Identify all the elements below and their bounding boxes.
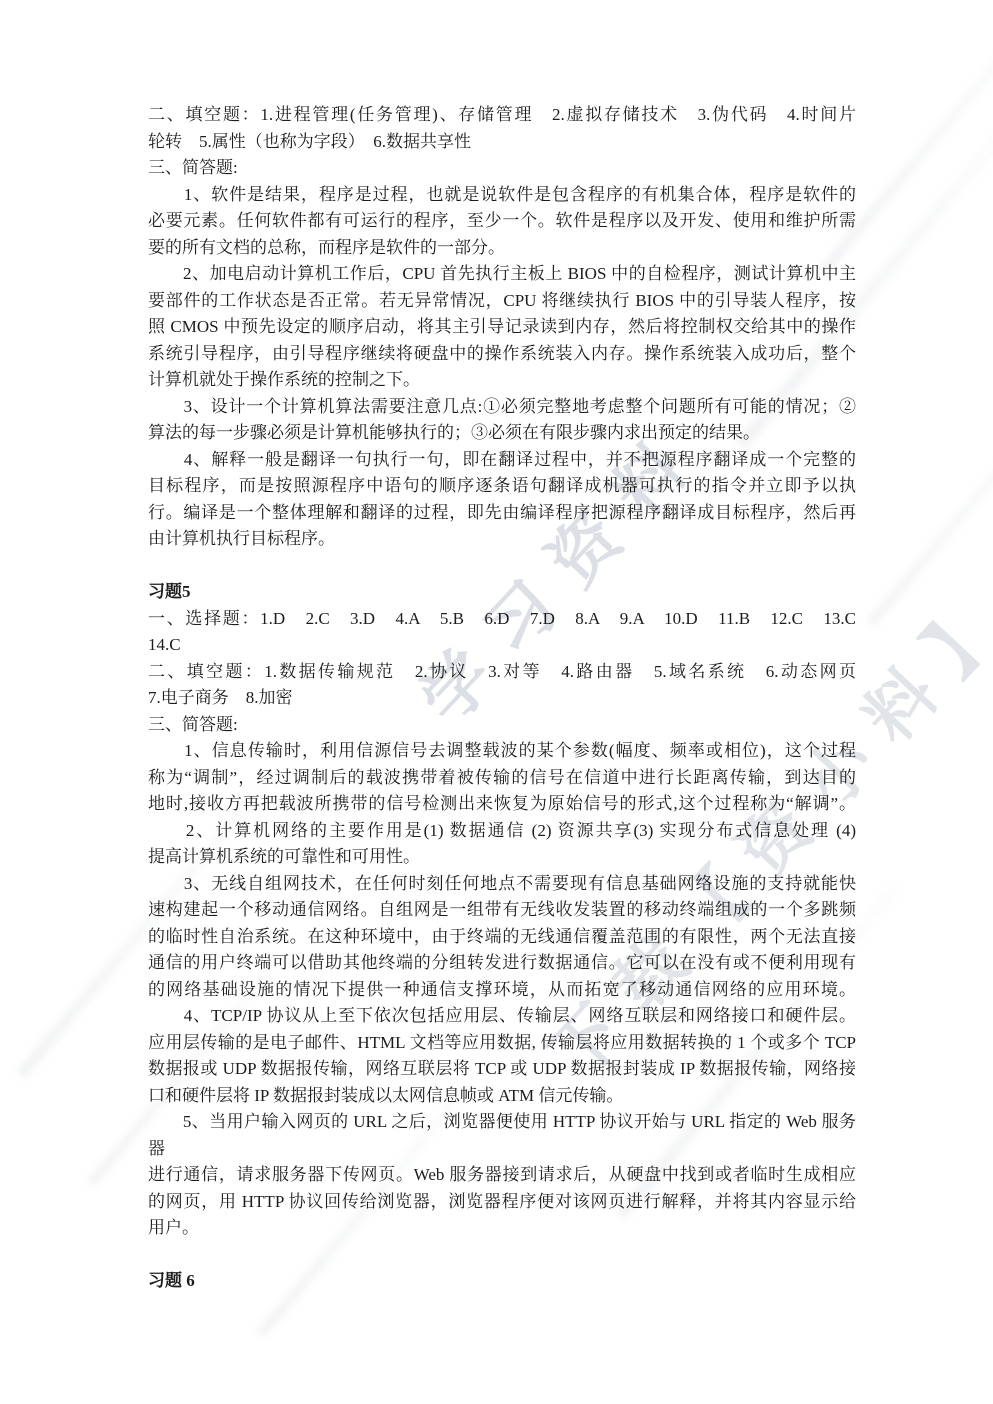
document-page: 学习资料 下载【资小料】 二、填空题：1.进程管理(任务管理)、存储管理 2.虚…	[0, 0, 993, 1404]
doc-line: 2、计算机网络的主要作用是(1) 数据通信 (2) 资源共享(3) 实现分布式信…	[148, 818, 856, 845]
background-streak	[867, 392, 993, 628]
doc-line: 1、软件是结果，程序是过程，也就是说软件是包含程序的有机集合体，程序是软件的	[148, 182, 856, 209]
doc-line: 应用层传输的是电子邮件、HTML 文档等应用数据, 传输层将应用数据转换的 1 …	[148, 1030, 856, 1057]
blank-line	[148, 1242, 856, 1269]
doc-line: 算法的每一步骤必须是计算机能够执行的；③必须在有限步骤内求出预定的结果。	[148, 420, 856, 447]
doc-line: 一、选择题：1.D 2.C 3.D 4.A 5.B 6.D 7.D 8.A 9.…	[148, 606, 856, 633]
doc-line: 目标程序，而是按照源程序中语句的顺序逐条语句翻译成机器可执行的指令并立即予以执	[148, 473, 856, 500]
doc-line: 口和硬件层将 IP 数据报封装成以太网信息帧或 ATM 信元传输。	[148, 1083, 856, 1110]
doc-line: 二、填空题：1.进程管理(任务管理)、存储管理 2.虚拟存储技术 3.伪代码 4…	[148, 102, 856, 129]
doc-line: 必要元素。任何软件都有可运行的程序，至少一个。软件是程序以及开发、使用和维护所需	[148, 208, 856, 235]
doc-line: 提高计算机系统的可靠性和可用性。	[148, 844, 856, 871]
exercise-6-heading: 习题 6	[148, 1268, 856, 1295]
section-exercise-4-answers: 二、填空题：1.进程管理(任务管理)、存储管理 2.虚拟存储技术 3.伪代码 4…	[148, 102, 856, 553]
doc-line: 3、无线自组网技术，在任何时刻任何地点不需要现有信息基础网络设施的支持就能快	[148, 871, 856, 898]
doc-line: 由计算机执行目标程序。	[148, 526, 856, 553]
doc-line: 地时,接收方再把载波所携带的信号检测出来恢复为原始信号的形式,这个过程称为“解调…	[148, 791, 856, 818]
doc-line: 1、信息传输时，利用信源信号去调整载波的某个参数(幅度、频率或相位)，这个过程	[148, 738, 856, 765]
doc-line: 2、加电启动计算机工作后，CPU 首先执行主板上 BIOS 中的自检程序，测试计…	[148, 261, 856, 288]
doc-line: 三、简答题:	[148, 155, 856, 182]
section-exercise-5-answers: 习题5 一、选择题：1.D 2.C 3.D 4.A 5.B 6.D 7.D 8.…	[148, 579, 856, 1242]
doc-line: 5、当用户输入网页的 URL 之后，浏览器便使用 HTTP 协议开始与 URL …	[148, 1109, 856, 1162]
doc-line: 通信的用户终端可以借助其他终端的分组转发进行数据通信。它可以在没有或不便利用现有	[148, 950, 856, 977]
exercise-5-heading: 习题5	[148, 579, 856, 606]
doc-line: 轮转 5.属性（也称为字段） 6.数据共享性	[148, 129, 856, 156]
doc-line: 要的所有文档的总称，而程序是软件的一部分。	[148, 235, 856, 262]
doc-line: 的网页，用 HTTP 协议回传给浏览器，浏览器程序便对该网页进行解释，并将其内容…	[148, 1189, 856, 1216]
doc-line: 系统引导程序，由引导程序继续将硬盘中的操作系统装入内存。操作系统装入成功后，整个	[148, 341, 856, 368]
document-content: 二、填空题：1.进程管理(任务管理)、存储管理 2.虚拟存储技术 3.伪代码 4…	[148, 102, 856, 1295]
doc-line: 用户。	[148, 1215, 856, 1242]
blank-line	[148, 553, 856, 580]
doc-line: 3、设计一个计算机算法需要注意几点:①必须完整地考虑整个问题所有可能的情况；②	[148, 394, 856, 421]
doc-line: 7.电子商务 8.加密	[148, 685, 856, 712]
doc-line: 二、填空题：1.数据传输规范 2.协议 3.对等 4.路由器 5.域名系统 6.…	[148, 659, 856, 686]
doc-line: 4、解释一般是翻译一句执行一句，即在翻译过程中，并不把源程序翻译成一个完整的	[148, 447, 856, 474]
doc-line: 数据报或 UDP 数据报传输，网络互联层将 TCP 或 UDP 数据报封装成 I…	[148, 1056, 856, 1083]
section-exercise-6: 习题 6	[148, 1268, 856, 1295]
doc-line: 行。编译是一个整体理解和翻译的过程，即先由编译程序把源程序翻译成目标程序，然后再	[148, 500, 856, 527]
doc-line: 计算机就处于操作系统的控制之下。	[148, 367, 856, 394]
doc-line: 三、简答题:	[148, 712, 856, 739]
doc-line: 要部件的工作状态是否正常。若无异常情况，CPU 将继续执行 BIOS 中的引导装…	[148, 288, 856, 315]
doc-line: 4、TCP/IP 协议从上至下依次包括应用层、传输层、网络互联层和网络接口和硬件…	[148, 1003, 856, 1030]
doc-line: 称为“调制”，经过调制后的载波携带着被传输的信号在信道中进行长距离传输，到达目的	[148, 765, 856, 792]
doc-line: 的临时性自治系统。在这种环境中，由于终端的无线通信覆盖范围的有限性，两个无法直接	[148, 924, 856, 951]
doc-line: 14.C	[148, 632, 856, 659]
doc-line: 照 CMOS 中预先设定的顺序启动，将其主引导记录读到内存，然后将控制权交给其中…	[148, 314, 856, 341]
doc-line: 速构建起一个移动通信网络。自组网是一组带有无线收发装置的移动终端组成的一个多跳频	[148, 897, 856, 924]
doc-line: 的网络基础设施的情况下提供一种通信支撑环境，从而拓宽了移动通信网络的应用环境。	[148, 977, 856, 1004]
doc-line: 进行通信，请求服务器下传网页。Web 服务器接到请求后，从硬盘中找到或者临时生成…	[148, 1162, 856, 1189]
